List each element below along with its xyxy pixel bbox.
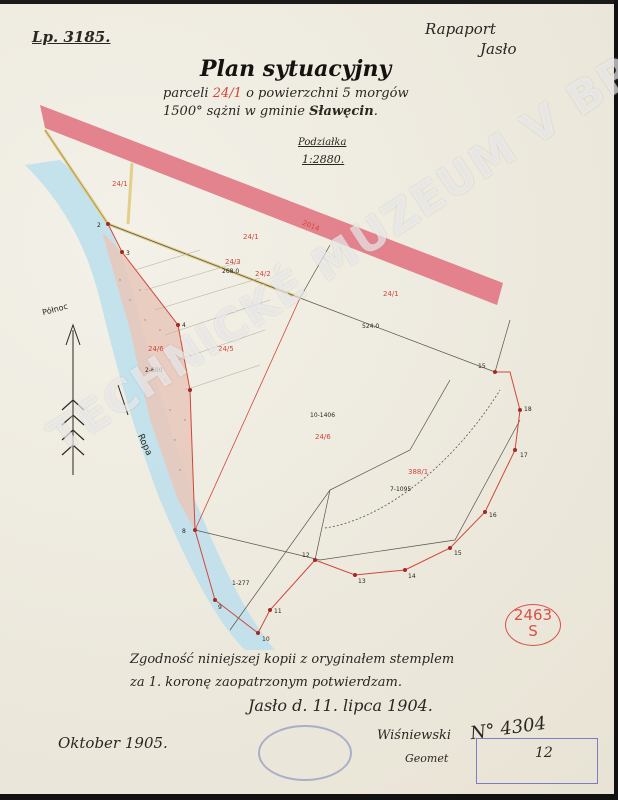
point-label: 9 <box>218 604 222 611</box>
archive-stamp: 2463 S <box>505 604 561 646</box>
registry-sub: 12 <box>535 745 553 761</box>
certification-line-2: za 1. koronę zaopatrzonym potwierdzam. <box>130 675 402 690</box>
point-label: 3 <box>126 250 130 257</box>
point-label: 12 <box>302 552 310 559</box>
point-label: 10 <box>262 636 270 643</box>
parcel-label: 24/1 <box>383 290 399 298</box>
map-title: Plan sytuacyjny <box>200 56 391 82</box>
owner-name: Rapaport <box>425 20 496 38</box>
parcel-label: 24/1 <box>243 233 259 241</box>
oval-ink-stamp <box>258 725 352 781</box>
point-label: 2 <box>97 222 101 229</box>
parcel-label: 388/1 <box>408 468 428 476</box>
area-label: 1-277 <box>232 580 249 587</box>
point-label: 14 <box>408 573 416 580</box>
distance-label: 524.0 <box>362 323 379 330</box>
area-label: 7-1095 <box>390 486 411 493</box>
reference-number: Lp. 3185. <box>32 28 110 46</box>
scale-value: 1:2880. <box>302 153 344 166</box>
scale-label: Podziałka <box>298 137 346 148</box>
point-label: 11 <box>274 608 282 615</box>
point-label: 17 <box>520 452 528 459</box>
parcel-label: 24/1 <box>112 180 128 188</box>
date-note: Oktober 1905. <box>58 734 168 752</box>
point-label: 18 <box>524 406 532 413</box>
signature-title: Geomet <box>405 752 448 765</box>
parcel-label: 24/3 <box>225 258 241 266</box>
point-label: 15 <box>478 363 486 370</box>
subtitle-line-1: parceli 24/1 o powierzchni 5 morgów <box>163 86 409 101</box>
signature: Wiśniewski <box>377 728 451 743</box>
certification-line-1: Zgodność niniejszej kopii z oryginałem s… <box>130 652 454 667</box>
village-name: Sławęcin <box>309 104 374 119</box>
parcel-number: 24/1 <box>213 86 242 101</box>
distance-label: 268.0 <box>222 268 239 275</box>
parcel-label: 24/6 <box>315 433 331 441</box>
area-label: 10-1406 <box>310 412 335 419</box>
point-label: 15 <box>454 550 462 557</box>
point-label: 8 <box>182 528 186 535</box>
point-label: 16 <box>489 512 497 519</box>
point-label: 13 <box>358 578 366 585</box>
place-date: Jasło d. 11. lipca 1904. <box>248 696 433 715</box>
owner-town: Jasło <box>480 40 517 58</box>
subtitle-line-2: 1500° sążni w gminie Sławęcin. <box>163 104 378 119</box>
